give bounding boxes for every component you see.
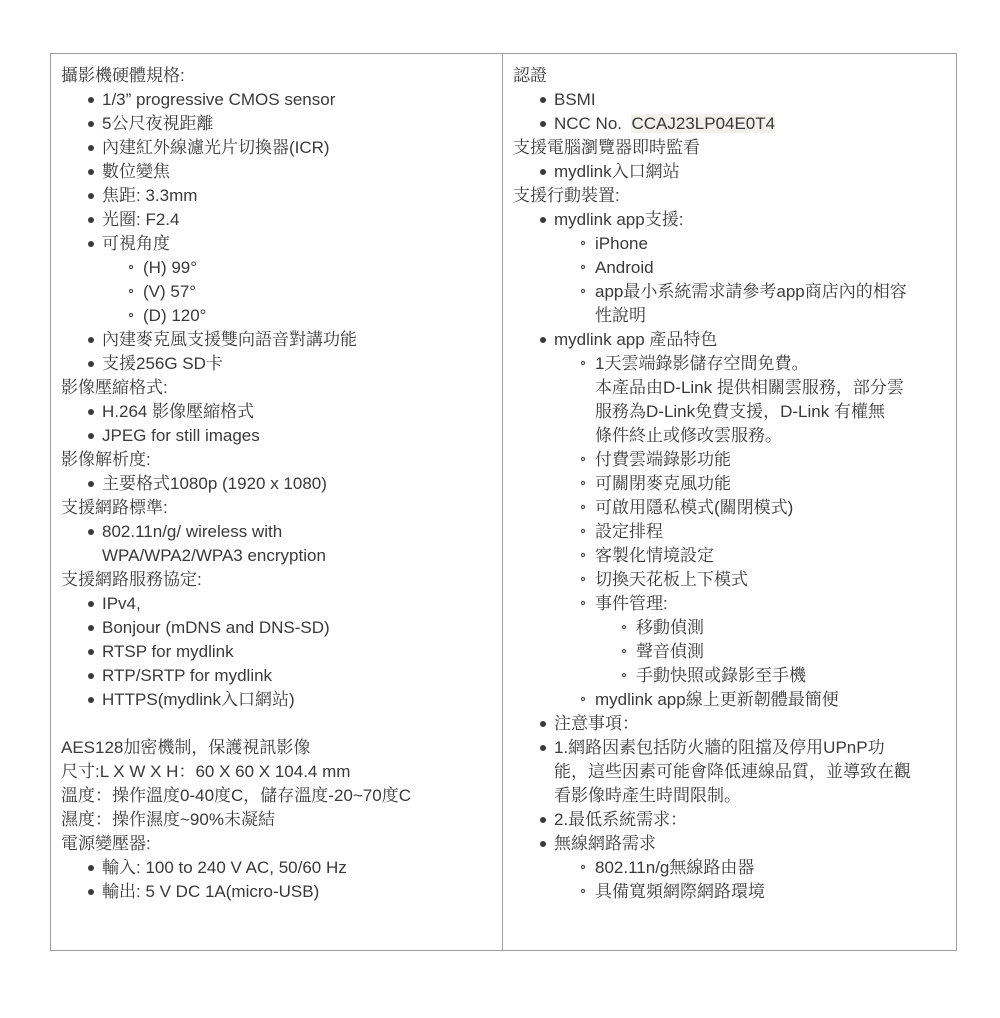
list-item-text: H.264 影像壓縮格式 [102,400,492,424]
list-item-text: mydlink app線上更新韌體最簡便 [595,688,946,712]
spacer [61,712,492,736]
list-item: JPEG for still images [102,424,492,448]
list-item: RTSP for mydlink [102,640,492,664]
bullet-disc-icon [540,841,546,847]
bullet-disc-icon [88,529,94,535]
spec-list-level-1: 1/3” progressive CMOS sensor5公尺夜視距離內建紅外線… [61,88,492,376]
bullet-disc-icon [88,433,94,439]
list-item-text: 切換天花板上下模式 [595,568,946,592]
bullet-disc-icon [88,481,94,487]
spec-paragraph: AES128加密機制，保護視訊影像 [61,736,492,760]
list-item-text: 手動快照或錄影至手機 [636,664,946,688]
list-item: mydlink app線上更新韌體最簡便 [595,688,946,712]
list-item: mydlink入口網站 [554,160,946,184]
list-item-text: mydlink app支援: [554,208,946,232]
list-item: Android [595,256,946,280]
bullet-disc-icon [540,97,546,103]
bullet-disc-icon [88,649,94,655]
bullet-disc-icon [88,697,94,703]
spec-section: 影像解析度:主要格式1080p (1920 x 1080) [61,448,492,496]
list-item-text: NCC No. CCAJ23LP04E0T4 [554,112,946,136]
list-item: mydlink app支援:iPhoneAndroidapp最小系統需求請參考a… [554,208,946,328]
list-item-text: 具備寬頻網際網路環境 [595,880,946,904]
bullet-circle-icon [581,457,585,461]
bullet-circle-icon [581,481,585,485]
bullet-disc-icon [88,217,94,223]
list-item-text: app最小系統需求請參考app商店內的相容 性說明 [595,280,946,328]
bullet-disc-icon [540,721,546,727]
bullet-circle-icon [581,361,585,365]
list-item: HTTPS(mydlink入口網站) [102,688,492,712]
bullet-disc-icon [540,817,546,823]
spec-list-level-1: H.264 影像壓縮格式JPEG for still images [61,400,492,448]
section-heading: 支援網路服務協定: [61,568,492,592]
spec-list-level-2: 1天雲端錄影儲存空間免費。 本產品由D-Link 提供相關雲服務，部分雲 服務為… [554,352,946,712]
bullet-disc-icon [88,241,94,247]
list-item: 光圈: F2.4 [102,208,492,232]
list-item-text: 1/3” progressive CMOS sensor [102,88,492,112]
bullet-disc-icon [88,865,94,871]
list-item-text: Android [595,256,946,280]
list-item-text: RTP/SRTP for mydlink [102,664,492,688]
bullet-disc-icon [88,361,94,367]
bullet-circle-icon [129,289,133,293]
bullet-disc-icon [88,169,94,175]
list-item-text: 無線網路需求 [554,832,946,856]
spec-section: 支援網路服務協定:IPv4,Bonjour (mDNS and DNS-SD)R… [61,568,492,712]
bullet-circle-icon [581,505,585,509]
list-item-text: 光圈: F2.4 [102,208,492,232]
bullet-disc-icon [88,889,94,895]
paragraph-text: 溫度：操作溫度0-40度C，儲存溫度-20~70度C [61,784,492,808]
bullet-circle-icon [129,265,133,269]
list-item-text: mydlink app 產品特色 [554,328,946,352]
list-item-text: (H) 99° [143,256,492,280]
list-item: 切換天花板上下模式 [595,568,946,592]
list-item: 802.11n/g無線路由器 [595,856,946,880]
bullet-circle-icon [581,577,585,581]
spec-section: 影像壓縮格式:H.264 影像壓縮格式JPEG for still images [61,376,492,448]
bullet-disc-icon [88,409,94,415]
list-item: (V) 57° [143,280,492,304]
list-item-text: 事件管理: [595,592,946,616]
list-item-text: 支援256G SD卡 [102,352,492,376]
bullet-circle-icon [581,865,585,869]
list-item: 數位變焦 [102,160,492,184]
bullet-disc-icon [540,121,546,127]
list-item: IPv4, [102,592,492,616]
spec-column-left: 攝影機硬體規格:1/3” progressive CMOS sensor5公尺夜… [51,54,503,950]
spec-section: 支援網路標準:802.11n/g/ wireless with WPA/WPA2… [61,496,492,568]
list-item-text: 付費雲端錄影功能 [595,448,946,472]
list-item: 設定排程 [595,520,946,544]
list-item-text: mydlink入口網站 [554,160,946,184]
spec-paragraph: 濕度：操作濕度~90%未凝結 [61,808,492,832]
bullet-circle-icon [129,313,133,317]
bullet-disc-icon [88,337,94,343]
list-item: 客製化情境設定 [595,544,946,568]
list-item: (D) 120° [143,304,492,328]
spec-list-level-1: 802.11n/g/ wireless with WPA/WPA2/WPA3 e… [61,520,492,568]
list-item-text: IPv4, [102,592,492,616]
list-item: 手動快照或錄影至手機 [636,664,946,688]
bullet-disc-icon [88,145,94,151]
spec-section: 支援行動裝置:mydlink app支援:iPhoneAndroidapp最小系… [513,184,946,904]
spec-list-level-3: 移動偵測聲音偵測手動快照或錄影至手機 [595,616,946,688]
paragraph-text: AES128加密機制，保護視訊影像 [61,736,492,760]
list-item: 1天雲端錄影儲存空間免費。 本產品由D-Link 提供相關雲服務，部分雲 服務為… [595,352,946,448]
highlighted-code: CCAJ23LP04E0T4 [631,114,775,133]
list-item-text: 可啟用隱私模式(關閉模式) [595,496,946,520]
bullet-circle-icon [622,625,626,629]
spec-paragraph: 溫度：操作溫度0-40度C，儲存溫度-20~70度C [61,784,492,808]
spec-section: 認證BSMINCC No. CCAJ23LP04E0T4 [513,64,946,136]
list-item: 5公尺夜視距離 [102,112,492,136]
list-item-text: (D) 120° [143,304,492,328]
list-item-text: HTTPS(mydlink入口網站) [102,688,492,712]
list-item: 主要格式1080p (1920 x 1080) [102,472,492,496]
spec-section: 攝影機硬體規格:1/3” progressive CMOS sensor5公尺夜… [61,64,492,376]
bullet-disc-icon [88,97,94,103]
list-item-text: 數位變焦 [102,160,492,184]
list-item: RTP/SRTP for mydlink [102,664,492,688]
list-item-text: BSMI [554,88,946,112]
section-heading: 攝影機硬體規格: [61,64,492,88]
list-item-text: 5公尺夜視距離 [102,112,492,136]
bullet-circle-icon [581,889,585,893]
list-item: 注意事項： [554,712,946,736]
bullet-disc-icon [540,169,546,175]
list-item: 1/3” progressive CMOS sensor [102,88,492,112]
bullet-disc-icon [540,745,546,751]
spec-list-level-1: IPv4,Bonjour (mDNS and DNS-SD)RTSP for m… [61,592,492,712]
paragraph-text: 尺寸:L X W X H：60 X 60 X 104.4 mm [61,760,492,784]
list-item: 付費雲端錄影功能 [595,448,946,472]
bullet-disc-icon [88,121,94,127]
paragraph-text: 濕度：操作濕度~90%未凝結 [61,808,492,832]
spec-list-level-1: 輸入: 100 to 240 V AC, 50/60 Hz輸出: 5 V DC … [61,856,492,904]
list-item: 2.最低系統需求： [554,808,946,832]
list-item: mydlink app 產品特色1天雲端錄影儲存空間免費。 本產品由D-Link… [554,328,946,712]
bullet-disc-icon [88,625,94,631]
list-item: 可關閉麥克風功能 [595,472,946,496]
list-item-text: 注意事項： [554,712,946,736]
bullet-disc-icon [540,337,546,343]
list-item-text: 可視角度 [102,232,492,256]
spec-list-level-2: 802.11n/g無線路由器具備寬頻網際網路環境 [554,856,946,904]
section-heading: 影像解析度: [61,448,492,472]
list-item: BSMI [554,88,946,112]
bullet-disc-icon [540,217,546,223]
list-item-text: 802.11n/g/ wireless with WPA/WPA2/WPA3 e… [102,520,492,568]
bullet-circle-icon [622,673,626,677]
list-item-text: Bonjour (mDNS and DNS-SD) [102,616,492,640]
list-item: 聲音偵測 [636,640,946,664]
bullet-circle-icon [581,241,585,245]
spec-paragraph: 尺寸:L X W X H：60 X 60 X 104.4 mm [61,760,492,784]
list-item-text: 802.11n/g無線路由器 [595,856,946,880]
list-item-text: JPEG for still images [102,424,492,448]
spec-section: 支援電腦瀏覽器即時監看mydlink入口網站 [513,136,946,184]
list-item: 具備寬頻網際網路環境 [595,880,946,904]
list-item-text: 內建紅外線濾光片切換器(ICR) [102,136,492,160]
spec-list-level-1: mydlink app支援:iPhoneAndroidapp最小系統需求請參考a… [513,208,946,904]
section-heading: 影像壓縮格式: [61,376,492,400]
list-item-text: 1天雲端錄影儲存空間免費。 本產品由D-Link 提供相關雲服務，部分雲 服務為… [595,352,946,448]
list-item: NCC No. CCAJ23LP04E0T4 [554,112,946,136]
bullet-circle-icon [581,529,585,533]
spec-list-level-2: (H) 99°(V) 57°(D) 120° [102,256,492,328]
spec-list-level-1: mydlink入口網站 [513,160,946,184]
list-item: Bonjour (mDNS and DNS-SD) [102,616,492,640]
list-item: 可啟用隱私模式(關閉模式) [595,496,946,520]
section-heading: 支援行動裝置: [513,184,946,208]
list-item: 1.網路因素包括防火牆的阻擋及停用UPnP功 能，這些因素可能會降低連線品質，並… [554,736,946,808]
list-item-text: 可關閉麥克風功能 [595,472,946,496]
section-heading: 支援網路標準: [61,496,492,520]
list-item: 事件管理:移動偵測聲音偵測手動快照或錄影至手機 [595,592,946,688]
spec-list-level-1: BSMINCC No. CCAJ23LP04E0T4 [513,88,946,136]
bullet-circle-icon [581,553,585,557]
bullet-circle-icon [622,649,626,653]
section-heading: 認證 [513,64,946,88]
list-item: app最小系統需求請參考app商店內的相容 性說明 [595,280,946,328]
list-item: 輸入: 100 to 240 V AC, 50/60 Hz [102,856,492,880]
list-item: 無線網路需求802.11n/g無線路由器具備寬頻網際網路環境 [554,832,946,904]
spec-column-right: 認證BSMINCC No. CCAJ23LP04E0T4支援電腦瀏覽器即時監看m… [503,54,956,950]
bullet-disc-icon [88,193,94,199]
spec-table: 攝影機硬體規格:1/3” progressive CMOS sensor5公尺夜… [50,53,957,951]
list-item-text: 主要格式1080p (1920 x 1080) [102,472,492,496]
list-item-text: 聲音偵測 [636,640,946,664]
list-item: 移動偵測 [636,616,946,640]
bullet-circle-icon [581,265,585,269]
list-item: 內建紅外線濾光片切換器(ICR) [102,136,492,160]
list-item-text: 2.最低系統需求： [554,808,946,832]
list-item-text: iPhone [595,232,946,256]
bullet-circle-icon [581,697,585,701]
section-heading: 支援電腦瀏覽器即時監看 [513,136,946,160]
list-item-text: 設定排程 [595,520,946,544]
list-item: H.264 影像壓縮格式 [102,400,492,424]
list-item: 焦距: 3.3mm [102,184,492,208]
spec-section: 電源變壓器:輸入: 100 to 240 V AC, 50/60 Hz輸出: 5… [61,832,492,904]
list-item-text: 移動偵測 [636,616,946,640]
list-item: 輸出: 5 V DC 1A(micro-USB) [102,880,492,904]
spec-list-level-1: 主要格式1080p (1920 x 1080) [61,472,492,496]
list-item-text: 內建麥克風支援雙向語音對講功能 [102,328,492,352]
list-item-text: 輸入: 100 to 240 V AC, 50/60 Hz [102,856,492,880]
list-item-text: 1.網路因素包括防火牆的阻擋及停用UPnP功 能，這些因素可能會降低連線品質，並… [554,736,946,808]
bullet-disc-icon [88,601,94,607]
text-part: NCC No. [554,114,631,133]
list-item: 內建麥克風支援雙向語音對講功能 [102,328,492,352]
list-item-text: 輸出: 5 V DC 1A(micro-USB) [102,880,492,904]
list-item: 支援256G SD卡 [102,352,492,376]
list-item: 802.11n/g/ wireless with WPA/WPA2/WPA3 e… [102,520,492,568]
list-item-text: RTSP for mydlink [102,640,492,664]
spec-list-level-2: iPhoneAndroidapp最小系統需求請參考app商店內的相容 性說明 [554,232,946,328]
list-item: 可視角度(H) 99°(V) 57°(D) 120° [102,232,492,328]
section-heading: 電源變壓器: [61,832,492,856]
list-item-text: 客製化情境設定 [595,544,946,568]
bullet-disc-icon [88,673,94,679]
bullet-circle-icon [581,289,585,293]
list-item-text: 焦距: 3.3mm [102,184,492,208]
list-item-text: (V) 57° [143,280,492,304]
bullet-circle-icon [581,601,585,605]
list-item: iPhone [595,232,946,256]
list-item: (H) 99° [143,256,492,280]
